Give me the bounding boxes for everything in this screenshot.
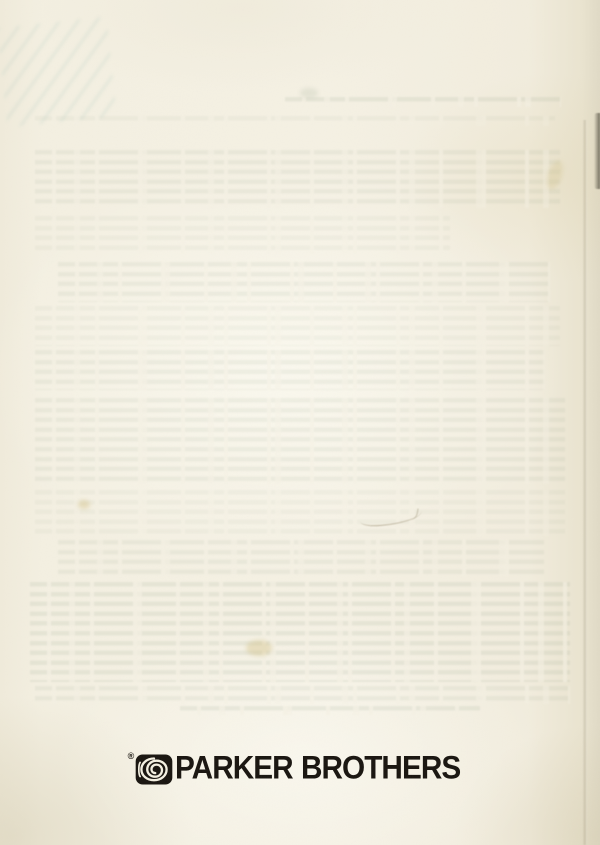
bleedthrough-text-band: [180, 706, 480, 715]
stain-spot: [78, 500, 90, 509]
bleedthrough-text-block: [30, 582, 570, 682]
booklet-back-cover-page: ® PARKER BROTHERS: [0, 0, 600, 845]
bleedthrough-text-band: [35, 398, 565, 484]
bleedthrough-text-band: [58, 540, 544, 576]
parker-brothers-logo: ® PARKER BROTHERS: [0, 752, 600, 785]
bleedthrough-text-band: [35, 116, 555, 126]
bleedthrough-text-band: [35, 216, 450, 254]
bleedthrough-text-band: [35, 306, 560, 346]
bleedthrough-text-band: [35, 350, 545, 390]
bleedthrough-text-band: [35, 150, 560, 208]
stain-spot: [246, 640, 272, 656]
bleedthrough-heading-band: [285, 97, 561, 107]
parker-brothers-swirl-icon: [135, 754, 173, 785]
bleedthrough-text-band: [35, 686, 570, 704]
page-fold-crease: [583, 120, 587, 845]
bleedthrough-text-band: [58, 262, 550, 302]
stain-spot: [300, 88, 318, 98]
bleedthrough-text-band: [35, 490, 565, 536]
brand-name: PARKER BROTHERS: [175, 751, 460, 783]
right-edge-dark-mark: [594, 113, 600, 189]
pencil-streaks-artifact: [0, 17, 117, 128]
registered-trademark-symbol: ®: [128, 752, 135, 761]
